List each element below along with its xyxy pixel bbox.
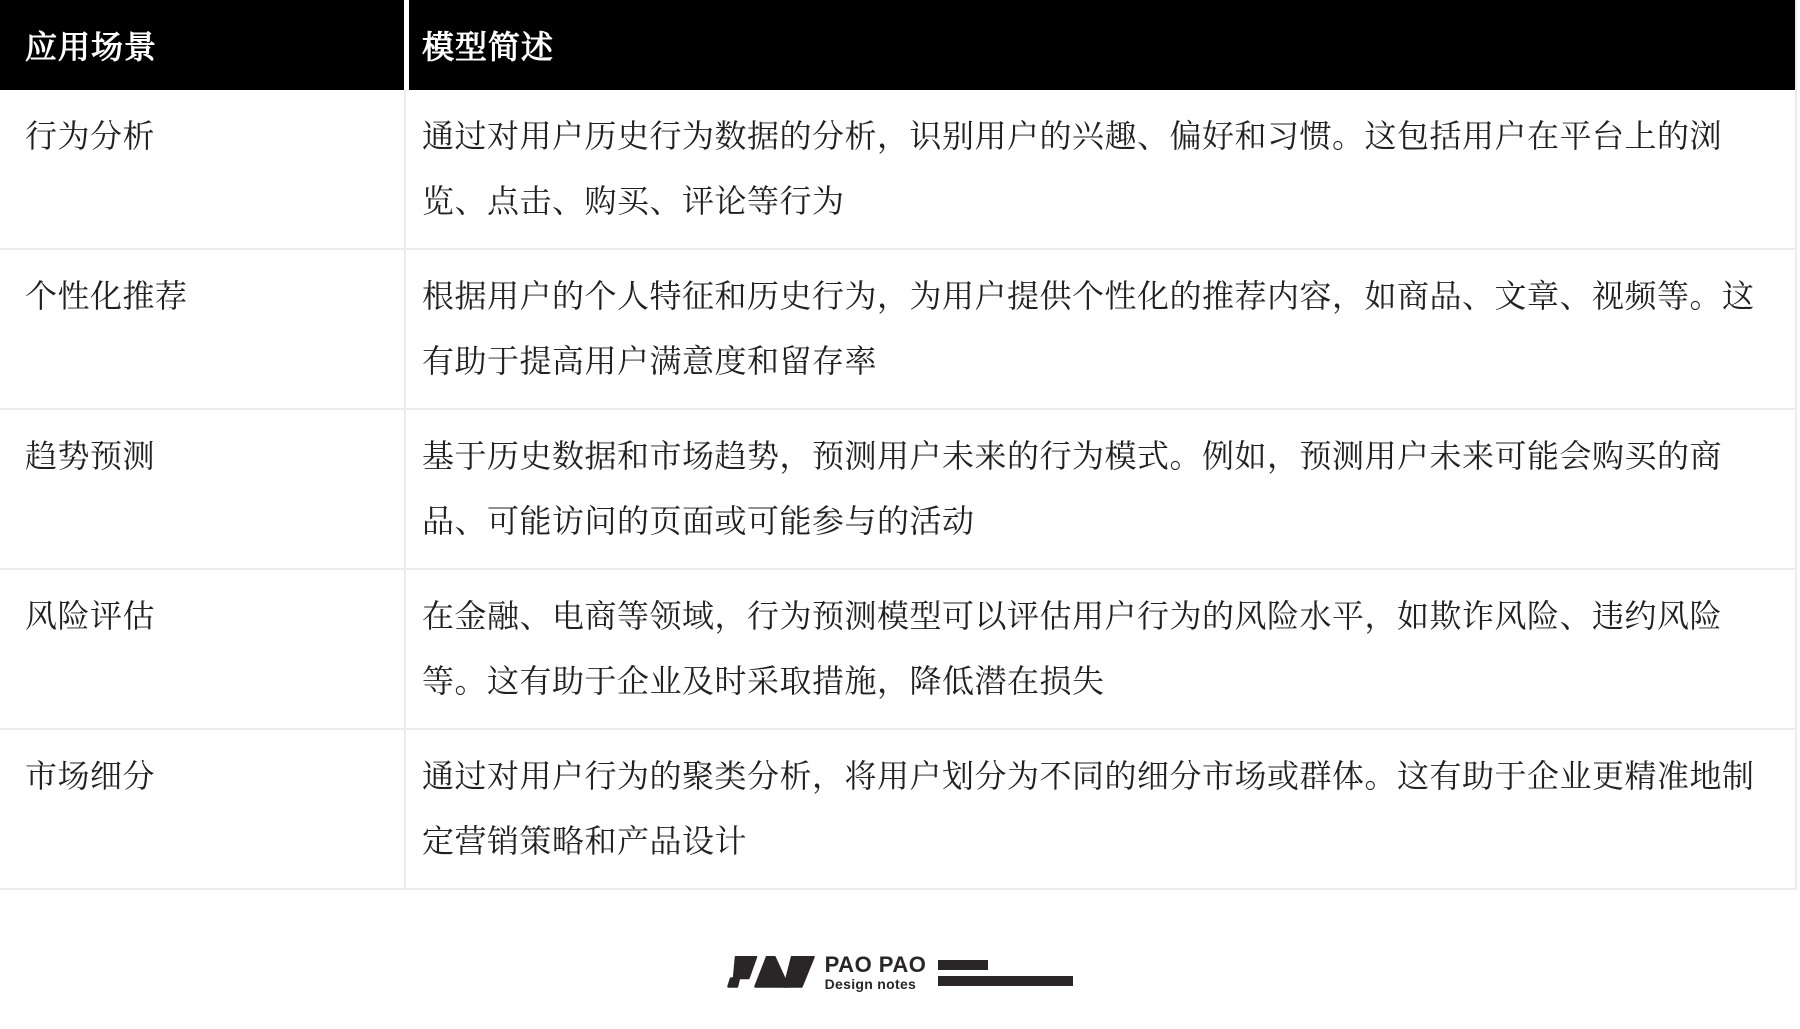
scenario-cell: 市场细分: [0, 730, 404, 888]
scenario-cell: 趋势预测: [0, 410, 404, 568]
table-header-row: 应用场景 模型简述: [0, 0, 1795, 90]
header-cell-description: 模型简述: [404, 0, 1795, 90]
table-row: 行为分析 通过对用户历史行为数据的分析，识别用户的兴趣、偏好和习惯。这包括用户在…: [0, 90, 1795, 250]
scenario-cell: 行为分析: [0, 90, 404, 248]
brand-name: PAO PAO: [825, 956, 927, 974]
scenario-cell: 个性化推荐: [0, 250, 404, 408]
logo-bar-long: [938, 976, 1073, 986]
table-row: 趋势预测 基于历史数据和市场趋势，预测用户未来的行为模式。例如，预测用户未来可能…: [0, 410, 1795, 570]
page: 应用场景 模型简述 行为分析 通过对用户历史行为数据的分析，识别用户的兴趣、偏好…: [0, 0, 1800, 1029]
brand-text-block: PAO PAO Design notes: [825, 956, 927, 991]
description-cell: 在金融、电商等领域，行为预测模型可以评估用户行为的风险水平，如欺诈风险、违约风险…: [404, 570, 1795, 728]
table-row: 个性化推荐 根据用户的个人特征和历史行为，为用户提供个性化的推荐内容，如商品、文…: [0, 250, 1795, 410]
description-cell: 基于历史数据和市场趋势，预测用户未来的行为模式。例如，预测用户未来可能会购买的商…: [404, 410, 1795, 568]
description-cell: 通过对用户历史行为数据的分析，识别用户的兴趣、偏好和习惯。这包括用户在平台上的浏…: [404, 90, 1795, 248]
table-row: 市场细分 通过对用户行为的聚类分析，将用户划分为不同的细分市场或群体。这有助于企…: [0, 730, 1795, 890]
description-cell: 通过对用户行为的聚类分析，将用户划分为不同的细分市场或群体。这有助于企业更精准地…: [404, 730, 1795, 888]
header-cell-scenario: 应用场景: [0, 0, 404, 90]
logo-bar-short: [938, 960, 988, 970]
table-row: 风险评估 在金融、电商等领域，行为预测模型可以评估用户行为的风险水平，如欺诈风险…: [0, 570, 1795, 730]
description-cell: 根据用户的个人特征和历史行为，为用户提供个性化的推荐内容，如商品、文章、视频等。…: [404, 250, 1795, 408]
brand-subtitle: Design notes: [825, 977, 927, 991]
scenario-cell: 风险评估: [0, 570, 404, 728]
scenario-table: 应用场景 模型简述 行为分析 通过对用户历史行为数据的分析，识别用户的兴趣、偏好…: [0, 0, 1797, 890]
paopao-logo-icon: [727, 956, 817, 988]
logo-bars-icon: [938, 956, 1073, 986]
footer-brand-lockup: PAO PAO Design notes: [0, 956, 1800, 991]
